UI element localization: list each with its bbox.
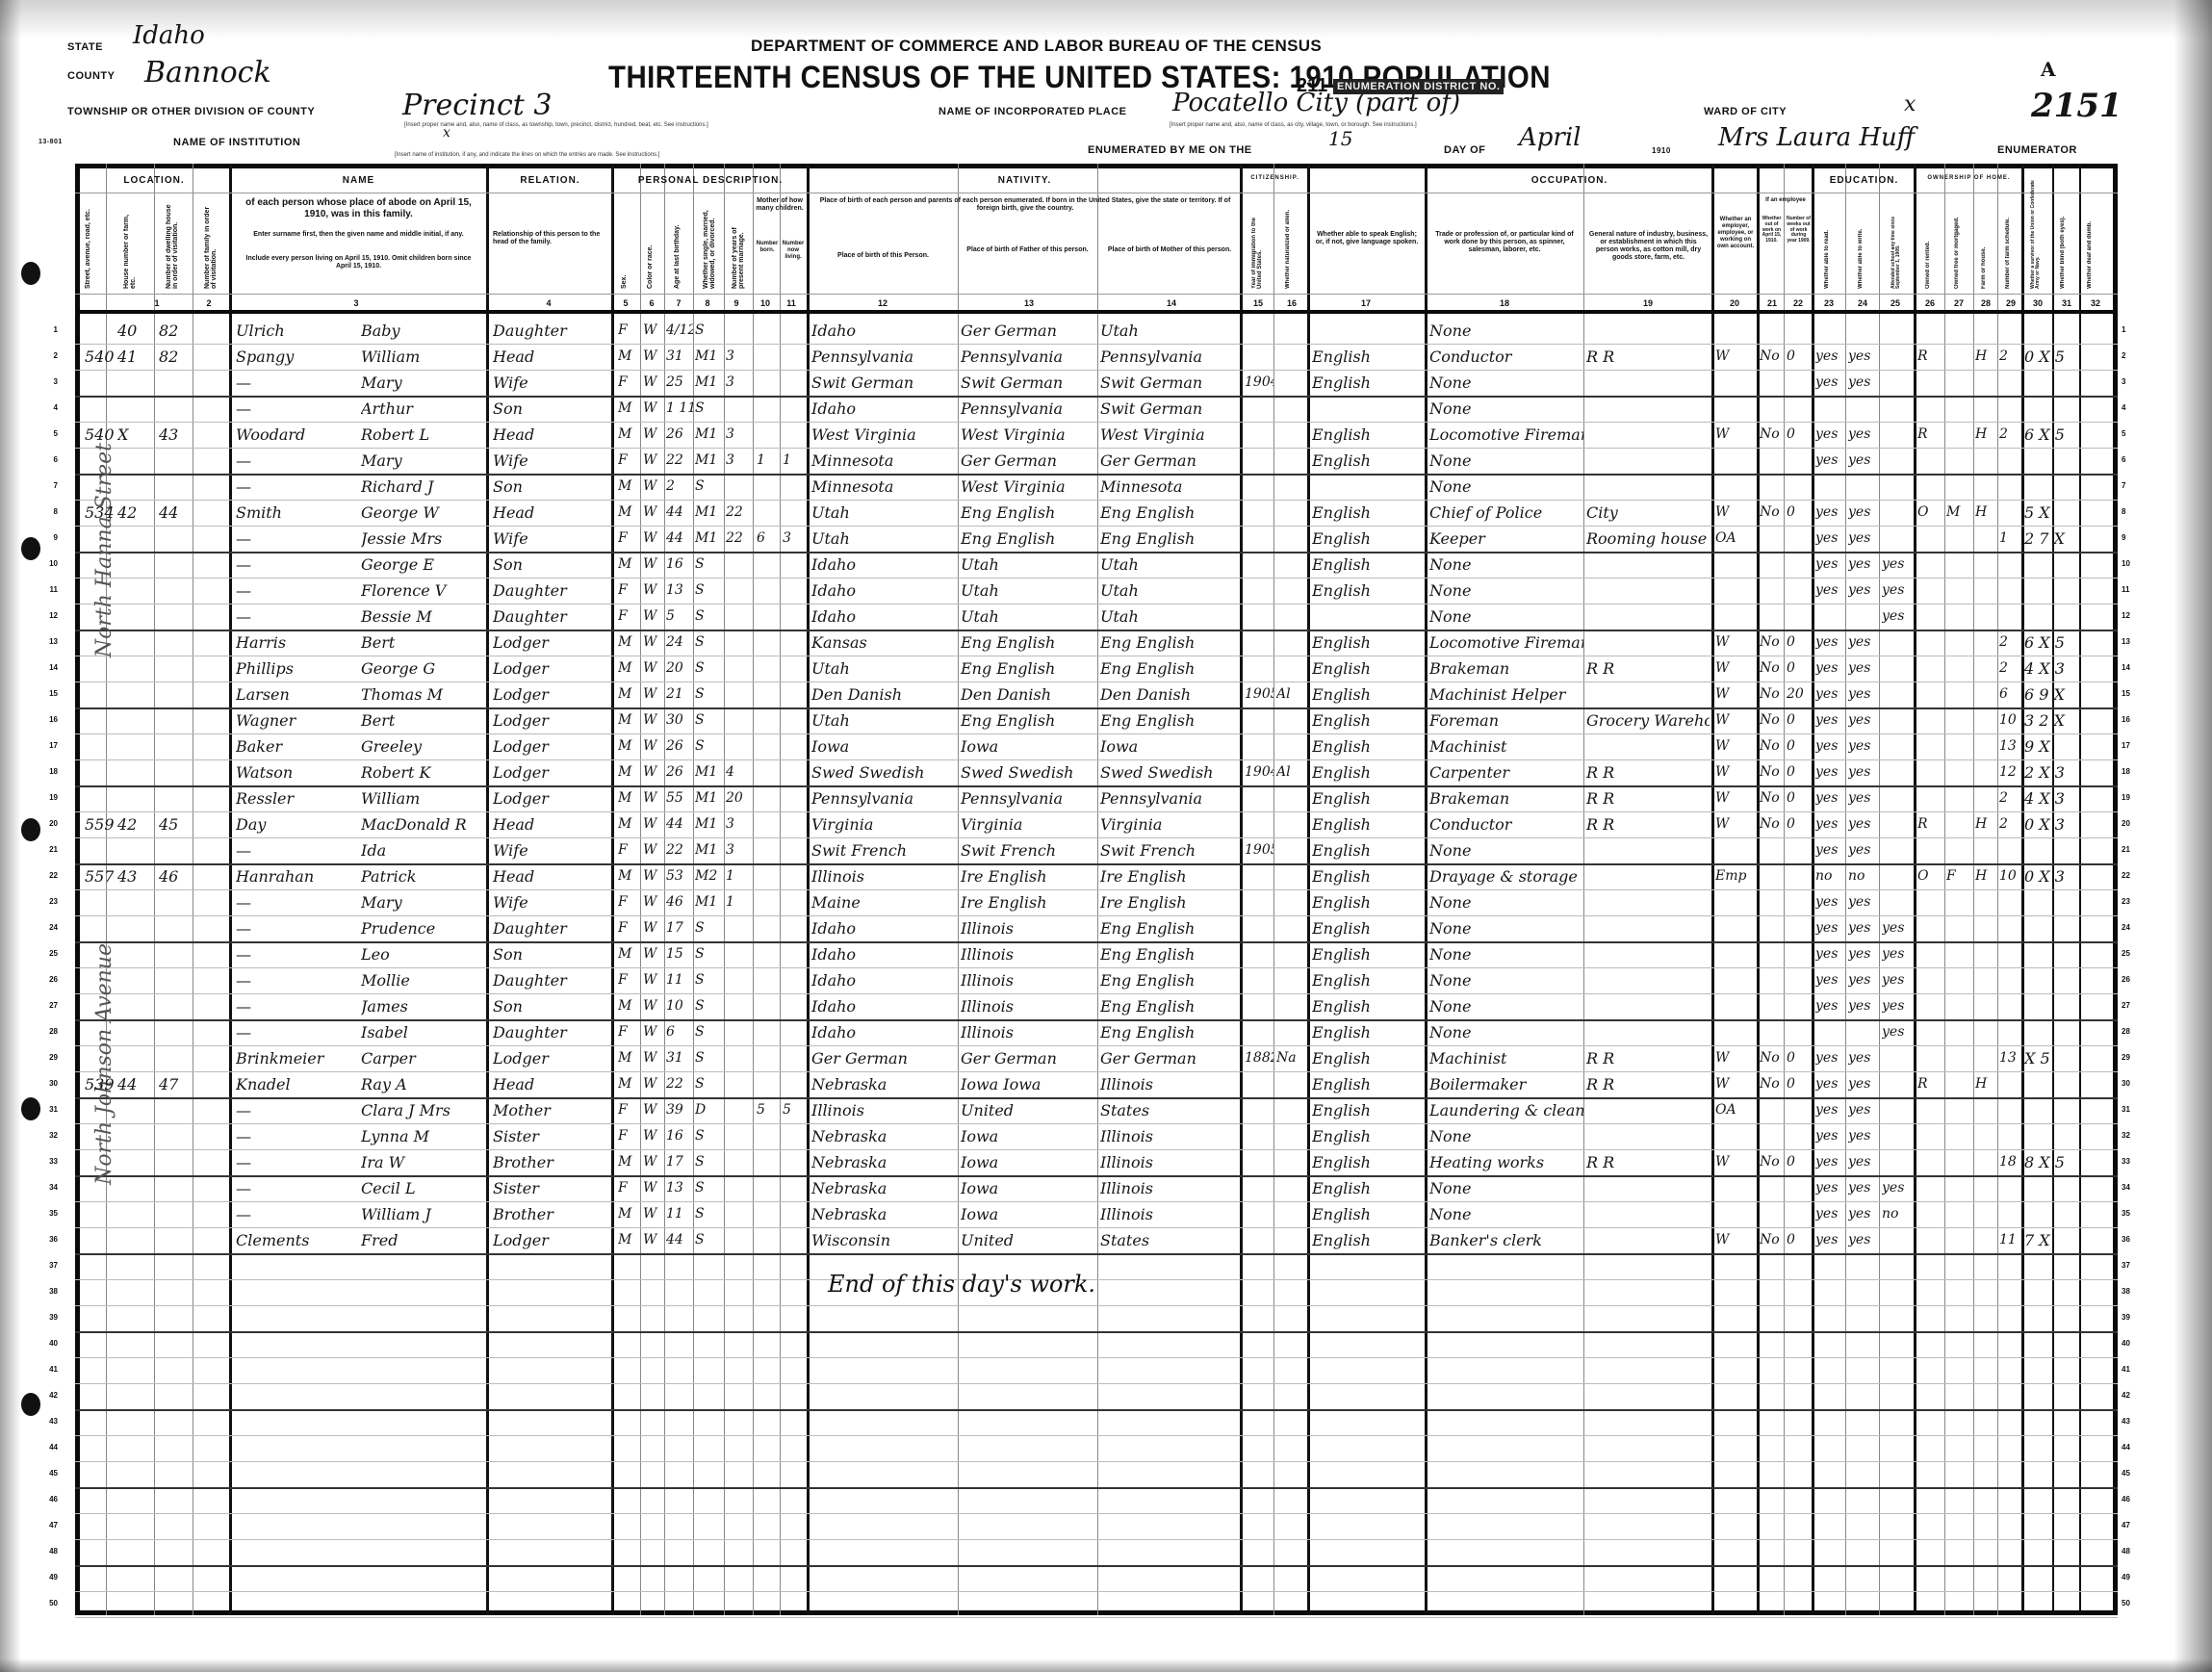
cell-age: 31 (666, 1047, 693, 1069)
cell-surname: — (236, 450, 361, 472)
cell-mother-birth: Illinois (1100, 1177, 1240, 1199)
cell-extra: 6 X 5 (2024, 631, 2116, 654)
cell-trade: None (1429, 553, 1583, 576)
cell-age: 17 (666, 917, 693, 939)
cell-owned (1917, 891, 1942, 913)
cell-language (1312, 605, 1423, 628)
cell-birth: Idaho (811, 995, 956, 1017)
cell-out-of-work: No (1760, 657, 1784, 680)
col-deaf: Whether deaf and dumb. (2087, 193, 2093, 289)
line-number-right: 49 (2122, 1573, 2137, 1582)
cell-extra: 0 X 5 (2024, 346, 2116, 368)
cell-school (1882, 813, 1913, 836)
cell-relation: Wife (493, 839, 608, 862)
cell-write: yes (1848, 917, 1877, 939)
cell-schedule: 10 (1999, 865, 2020, 887)
cell-given: William (361, 787, 486, 810)
cell-dwelling (117, 735, 148, 758)
cell-sex: M (618, 735, 639, 758)
cell-marital: S (695, 1229, 724, 1251)
cell-dwelling (117, 1151, 148, 1173)
cell-read: yes (1815, 631, 1844, 654)
cell-race: W (643, 631, 664, 654)
cell-dwelling: 42 (117, 502, 148, 524)
cell-house (85, 320, 114, 342)
cell-weeks (1787, 527, 1812, 550)
cell-birth: Utah (811, 502, 956, 524)
cell-language: English (1312, 527, 1423, 550)
cell-immigration (1245, 969, 1273, 991)
cell-family (159, 657, 193, 680)
cell-living (783, 839, 804, 862)
line-number-right: 1 (2122, 325, 2137, 334)
cell-relation: Brother (493, 1151, 608, 1173)
cell-birth: West Virginia (811, 424, 956, 446)
cell-family: 45 (159, 813, 193, 836)
cell-mortgage (1946, 424, 1971, 446)
cell-farm (1975, 761, 1996, 784)
cell-mother-birth: Eng English (1100, 527, 1240, 550)
cell-schedule: 2 (1999, 787, 2020, 810)
cell-relation: Daughter (493, 917, 608, 939)
line-number-left: 49 (42, 1573, 58, 1582)
cell-given: Ira W (361, 1151, 486, 1173)
col-age: Age at last birthday. (674, 202, 681, 289)
cell-age: 2 (666, 476, 693, 498)
cell-birth: Nebraska (811, 1177, 956, 1199)
cell-schedule (1999, 1073, 2020, 1095)
cell-naturalized (1276, 372, 1305, 394)
cell-out-of-work: No (1760, 813, 1784, 836)
cell-sex: M (618, 787, 639, 810)
table-row: 540X43WoodardRobert LHeadMW26M13West Vir… (0, 424, 2033, 446)
cell-dwelling (117, 995, 148, 1017)
cell-house (85, 1151, 114, 1173)
cell-sex: M (618, 657, 639, 680)
cell-birth: Idaho (811, 579, 956, 602)
table-row: ClementsFredLodgerMW44SWisconsinUnitedSt… (0, 1229, 2033, 1251)
cell-surname: — (236, 605, 361, 628)
cell-read: yes (1815, 424, 1844, 446)
col-free-mortgaged: Owned free or mortgaged. (1954, 202, 1960, 289)
cell-age: 53 (666, 865, 693, 887)
table-row: —MaryWifeFW46M11MaineIre EnglishIre Engl… (0, 891, 2033, 913)
cell-extra (2024, 398, 2116, 420)
cell-employer (1715, 579, 1756, 602)
cell-extra: X 5 (2024, 1047, 2116, 1069)
cell-yrs-married (726, 1151, 753, 1173)
cell-farm (1975, 1021, 1996, 1043)
cell-living (783, 372, 804, 394)
cell-weeks (1787, 579, 1812, 602)
cell-given: Robert K (361, 761, 486, 784)
cell-naturalized (1276, 1177, 1305, 1199)
line-number-right: 33 (2122, 1157, 2137, 1166)
cell-born (757, 865, 778, 887)
cell-age: 22 (666, 1073, 693, 1095)
cell-sex: F (618, 891, 639, 913)
cell-mother-birth: Illinois (1100, 1203, 1240, 1225)
cell-immigration (1245, 709, 1273, 732)
cell-industry (1586, 1099, 1710, 1121)
cell-immigration (1245, 735, 1273, 758)
col-years-married: Number of years of present marriage. (732, 202, 745, 289)
cell-birth: Swit German (811, 372, 956, 394)
cell-read: yes (1815, 787, 1844, 810)
cell-born (757, 943, 778, 965)
cell-birth: Minnesota (811, 476, 956, 498)
cell-birth: Nebraska (811, 1151, 956, 1173)
cell-dwelling: 40 (117, 320, 148, 342)
cell-surname: Ulrich (236, 320, 361, 342)
cell-family (159, 735, 193, 758)
cell-farm (1975, 450, 1996, 472)
cell-write (1848, 605, 1877, 628)
cell-school: yes (1882, 553, 1913, 576)
cell-yrs-married (726, 1021, 753, 1043)
cell-naturalized (1276, 839, 1305, 862)
col-house-number: House number or farm, etc. (123, 202, 137, 289)
cell-birth: Utah (811, 709, 956, 732)
cell-mortgage (1946, 1021, 1971, 1043)
enumeration-year: 1910 (1652, 146, 1671, 155)
cell-relation: Son (493, 476, 608, 498)
cell-out-of-work: No (1760, 1229, 1784, 1251)
cell-farm (1975, 631, 1996, 654)
cell-schedule: 2 (1999, 813, 2020, 836)
cell-yrs-married: 4 (726, 761, 753, 784)
cell-marital: S (695, 1125, 724, 1147)
cell-extra (2024, 553, 2116, 576)
cell-mortgage (1946, 605, 1971, 628)
col-children-born: Number born. (755, 241, 780, 254)
cell-employer (1715, 891, 1756, 913)
cell-weeks: 0 (1787, 735, 1812, 758)
cell-marital: S (695, 1021, 724, 1043)
cell-marital: S (695, 320, 724, 342)
cell-language: English (1312, 553, 1423, 576)
cell-farm: H (1975, 813, 1996, 836)
cell-trade: Brakeman (1429, 787, 1583, 810)
cell-out-of-work (1760, 969, 1784, 991)
cell-extra (2024, 1099, 2116, 1121)
cell-sex: F (618, 969, 639, 991)
cell-owned (1917, 787, 1942, 810)
line-number-right: 50 (2122, 1599, 2137, 1608)
cell-marital: M1 (695, 787, 724, 810)
line-number-left: 46 (42, 1495, 58, 1504)
cell-write: yes (1848, 813, 1877, 836)
cell-write: yes (1848, 787, 1877, 810)
cell-school: yes (1882, 605, 1913, 628)
cell-weeks (1787, 372, 1812, 394)
cell-write (1848, 320, 1877, 342)
table-row: —MaryWifeFW22M1311MinnesotaGer GermanGer… (0, 450, 2033, 472)
department-title: DEPARTMENT OF COMMERCE AND LABOR BUREAU … (751, 37, 1322, 56)
cell-relation: Head (493, 865, 608, 887)
cell-employer: W (1715, 813, 1756, 836)
cell-schedule (1999, 1099, 2020, 1121)
col-out-of-work: Whether out of work on April 15, 1910. (1760, 217, 1784, 244)
cell-read: yes (1815, 995, 1844, 1017)
cell-marital: D (695, 1099, 724, 1121)
cell-trade: None (1429, 1125, 1583, 1147)
col-language: Whether able to speak English; or, if no… (1314, 231, 1420, 246)
cell-born (757, 424, 778, 446)
cell-industry (1586, 1021, 1710, 1043)
place-label: Name of incorporated place (939, 106, 1127, 117)
cell-yrs-married: 20 (726, 787, 753, 810)
cell-extra (2024, 372, 2116, 394)
cell-naturalized (1276, 502, 1305, 524)
cell-father-birth: Iowa Iowa (961, 1073, 1095, 1095)
cell-weeks (1787, 476, 1812, 498)
line-number-right: 24 (2122, 923, 2137, 932)
cell-language: English (1312, 1203, 1423, 1225)
cell-house (85, 605, 114, 628)
cell-immigration (1245, 1177, 1273, 1199)
cell-farm: H (1975, 346, 1996, 368)
cell-marital: S (695, 1047, 724, 1069)
cell-weeks: 20 (1787, 683, 1812, 706)
cell-family: 82 (159, 320, 193, 342)
cell-school (1882, 527, 1913, 550)
cell-naturalized (1276, 320, 1305, 342)
cell-dwelling (117, 1177, 148, 1199)
cell-employer (1715, 450, 1756, 472)
cell-employer (1715, 1021, 1756, 1043)
cell-write: yes (1848, 579, 1877, 602)
cell-birth: Den Danish (811, 683, 956, 706)
cell-family: 47 (159, 1073, 193, 1095)
cell-immigration (1245, 579, 1273, 602)
cell-living (783, 813, 804, 836)
cell-extra (2024, 943, 2116, 965)
cell-father-birth: Ire English (961, 865, 1095, 887)
cell-naturalized (1276, 891, 1305, 913)
cell-yrs-married: 3 (726, 346, 753, 368)
cell-trade: None (1429, 605, 1583, 628)
line-number-right: 16 (2122, 715, 2137, 724)
cell-relation: Head (493, 346, 608, 368)
cell-sex: F (618, 320, 639, 342)
table-row: 5394447KnadelRay AHeadMW22SNebraskaIowa … (0, 1073, 2033, 1095)
cell-race: W (643, 735, 664, 758)
cell-write: yes (1848, 943, 1877, 965)
cell-school (1882, 735, 1913, 758)
cell-language: English (1312, 683, 1423, 706)
cell-yrs-married (726, 1099, 753, 1121)
cell-house (85, 683, 114, 706)
cell-language: English (1312, 943, 1423, 965)
cell-family (159, 709, 193, 732)
col-farm-schedule: Number of farm schedule. (2005, 202, 2011, 289)
cell-father-birth: Eng English (961, 631, 1095, 654)
cell-trade: None (1429, 1021, 1583, 1043)
line-number-right: 25 (2122, 949, 2137, 958)
cell-race: W (643, 839, 664, 862)
cell-birth: Idaho (811, 917, 956, 939)
cell-farm: H (1975, 502, 1996, 524)
cell-race: W (643, 1229, 664, 1251)
cell-house (85, 1047, 114, 1069)
cell-extra: 2 X 3 (2024, 761, 2116, 784)
cell-mortgage (1946, 917, 1971, 939)
cell-marital: S (695, 943, 724, 965)
col-owned-rented: Owned or rented. (1925, 202, 1931, 289)
cell-farm: H (1975, 865, 1996, 887)
cell-out-of-work (1760, 579, 1784, 602)
cell-weeks: 0 (1787, 424, 1812, 446)
cell-mortgage (1946, 346, 1971, 368)
cell-naturalized (1276, 346, 1305, 368)
cell-naturalized (1276, 553, 1305, 576)
cell-weeks: 0 (1787, 1151, 1812, 1173)
cell-given: James (361, 995, 486, 1017)
cell-dwelling (117, 1203, 148, 1225)
cell-given: Bessie M (361, 605, 486, 628)
cell-race: W (643, 943, 664, 965)
cell-yrs-married: 1 (726, 865, 753, 887)
cell-extra: 3 2 X (2024, 709, 2116, 732)
cell-born (757, 1203, 778, 1225)
cell-employer (1715, 969, 1756, 991)
cell-father-birth: Iowa (961, 1125, 1095, 1147)
cell-born (757, 372, 778, 394)
day-of-label: day of (1444, 144, 1485, 156)
cell-age: 11 (666, 969, 693, 991)
cell-mother-birth: Ger German (1100, 1047, 1240, 1069)
cell-trade: Keeper (1429, 527, 1583, 550)
cell-given: George W (361, 502, 486, 524)
cell-living (783, 761, 804, 784)
cell-read: yes (1815, 917, 1844, 939)
cell-living (783, 605, 804, 628)
cell-language: English (1312, 1099, 1423, 1121)
stamp-letter: A (2041, 58, 2056, 81)
cell-out-of-work: No (1760, 502, 1784, 524)
cell-school: yes (1882, 579, 1913, 602)
cell-owned: R (1917, 424, 1942, 446)
cell-house (85, 631, 114, 654)
cell-family (159, 605, 193, 628)
cell-yrs-married (726, 969, 753, 991)
cell-dwelling (117, 1099, 148, 1121)
cell-owned: R (1917, 346, 1942, 368)
cell-relation: Wife (493, 527, 608, 550)
cell-immigration (1245, 865, 1273, 887)
cell-naturalized (1276, 476, 1305, 498)
cell-race: W (643, 398, 664, 420)
line-number-left: 44 (42, 1443, 58, 1452)
line-number-right: 45 (2122, 1469, 2137, 1478)
cell-house (85, 839, 114, 862)
cell-immigration (1245, 1125, 1273, 1147)
institution-hint: [Insert name of institution, if any, and… (395, 152, 659, 158)
cell-family (159, 553, 193, 576)
enumeration-day: 15 (1328, 127, 1352, 150)
cell-immigration (1245, 891, 1273, 913)
cell-out-of-work (1760, 943, 1784, 965)
cell-given: William J (361, 1203, 486, 1225)
cell-mother-birth: Swed Swedish (1100, 761, 1240, 784)
cell-weeks (1787, 865, 1812, 887)
cell-immigration: 1905 (1245, 839, 1273, 862)
cell-mortgage (1946, 657, 1971, 680)
cell-read (1815, 476, 1844, 498)
cell-surname: — (236, 579, 361, 602)
cell-owned (1917, 553, 1942, 576)
cell-house (85, 969, 114, 991)
cell-given: Clara J Mrs (361, 1099, 486, 1121)
cell-weeks: 0 (1787, 1073, 1812, 1095)
cell-farm (1975, 735, 1996, 758)
cell-race: W (643, 1151, 664, 1173)
cell-birth: Pennsylvania (811, 346, 956, 368)
cell-age: 10 (666, 995, 693, 1017)
cell-marital: S (695, 1073, 724, 1095)
cell-out-of-work (1760, 865, 1784, 887)
cell-father-birth: Illinois (961, 943, 1095, 965)
cell-farm (1975, 1099, 1996, 1121)
cell-age: 26 (666, 735, 693, 758)
cell-school: yes (1882, 1021, 1913, 1043)
cell-schedule (1999, 502, 2020, 524)
cell-industry (1586, 891, 1710, 913)
cell-sex: M (618, 943, 639, 965)
cell-weeks: 0 (1787, 502, 1812, 524)
table-row: —LeoSonMW15SIdahoIllinoisEng EnglishEngl… (0, 943, 2033, 965)
cell-out-of-work (1760, 320, 1784, 342)
line-number-right: 41 (2122, 1365, 2137, 1374)
cell-birth: Maine (811, 891, 956, 913)
cell-mortgage (1946, 320, 1971, 342)
cell-employer: W (1715, 1073, 1756, 1095)
cell-given: Leo (361, 943, 486, 965)
cell-marital: S (695, 1203, 724, 1225)
cell-write: yes (1848, 424, 1877, 446)
cell-given: Mary (361, 891, 486, 913)
cell-trade: Drayage & storage (1429, 865, 1583, 887)
cell-language: English (1312, 372, 1423, 394)
cell-given: Richard J (361, 476, 486, 498)
cell-surname: — (236, 553, 361, 576)
cell-race: W (643, 1203, 664, 1225)
cell-house: 534 (85, 502, 114, 524)
cell-relation: Brother (493, 1203, 608, 1225)
table-row: —Clara J MrsMotherFW39D55IllinoisUnitedS… (0, 1099, 2033, 1121)
cell-surname: Hanrahan (236, 865, 361, 887)
line-number-right: 31 (2122, 1105, 2137, 1114)
cell-surname: — (236, 969, 361, 991)
col-school: Attended school any time since September… (1891, 202, 1901, 289)
cell-immigration (1245, 553, 1273, 576)
cell-mother-birth: Iowa (1100, 735, 1240, 758)
cell-family: 82 (159, 346, 193, 368)
cell-age: 16 (666, 553, 693, 576)
cell-trade: Conductor (1429, 346, 1583, 368)
cell-out-of-work (1760, 1125, 1784, 1147)
cell-mother-birth: Utah (1100, 579, 1240, 602)
cell-employer (1715, 839, 1756, 862)
cell-out-of-work: No (1760, 709, 1784, 732)
col-employer: Whether an employer, employee, or workin… (1714, 217, 1757, 249)
cell-naturalized (1276, 709, 1305, 732)
cell-mother-birth: Eng English (1100, 917, 1240, 939)
cell-mortgage: M (1946, 502, 1971, 524)
cell-read: yes (1815, 1073, 1844, 1095)
cell-immigration (1245, 398, 1273, 420)
